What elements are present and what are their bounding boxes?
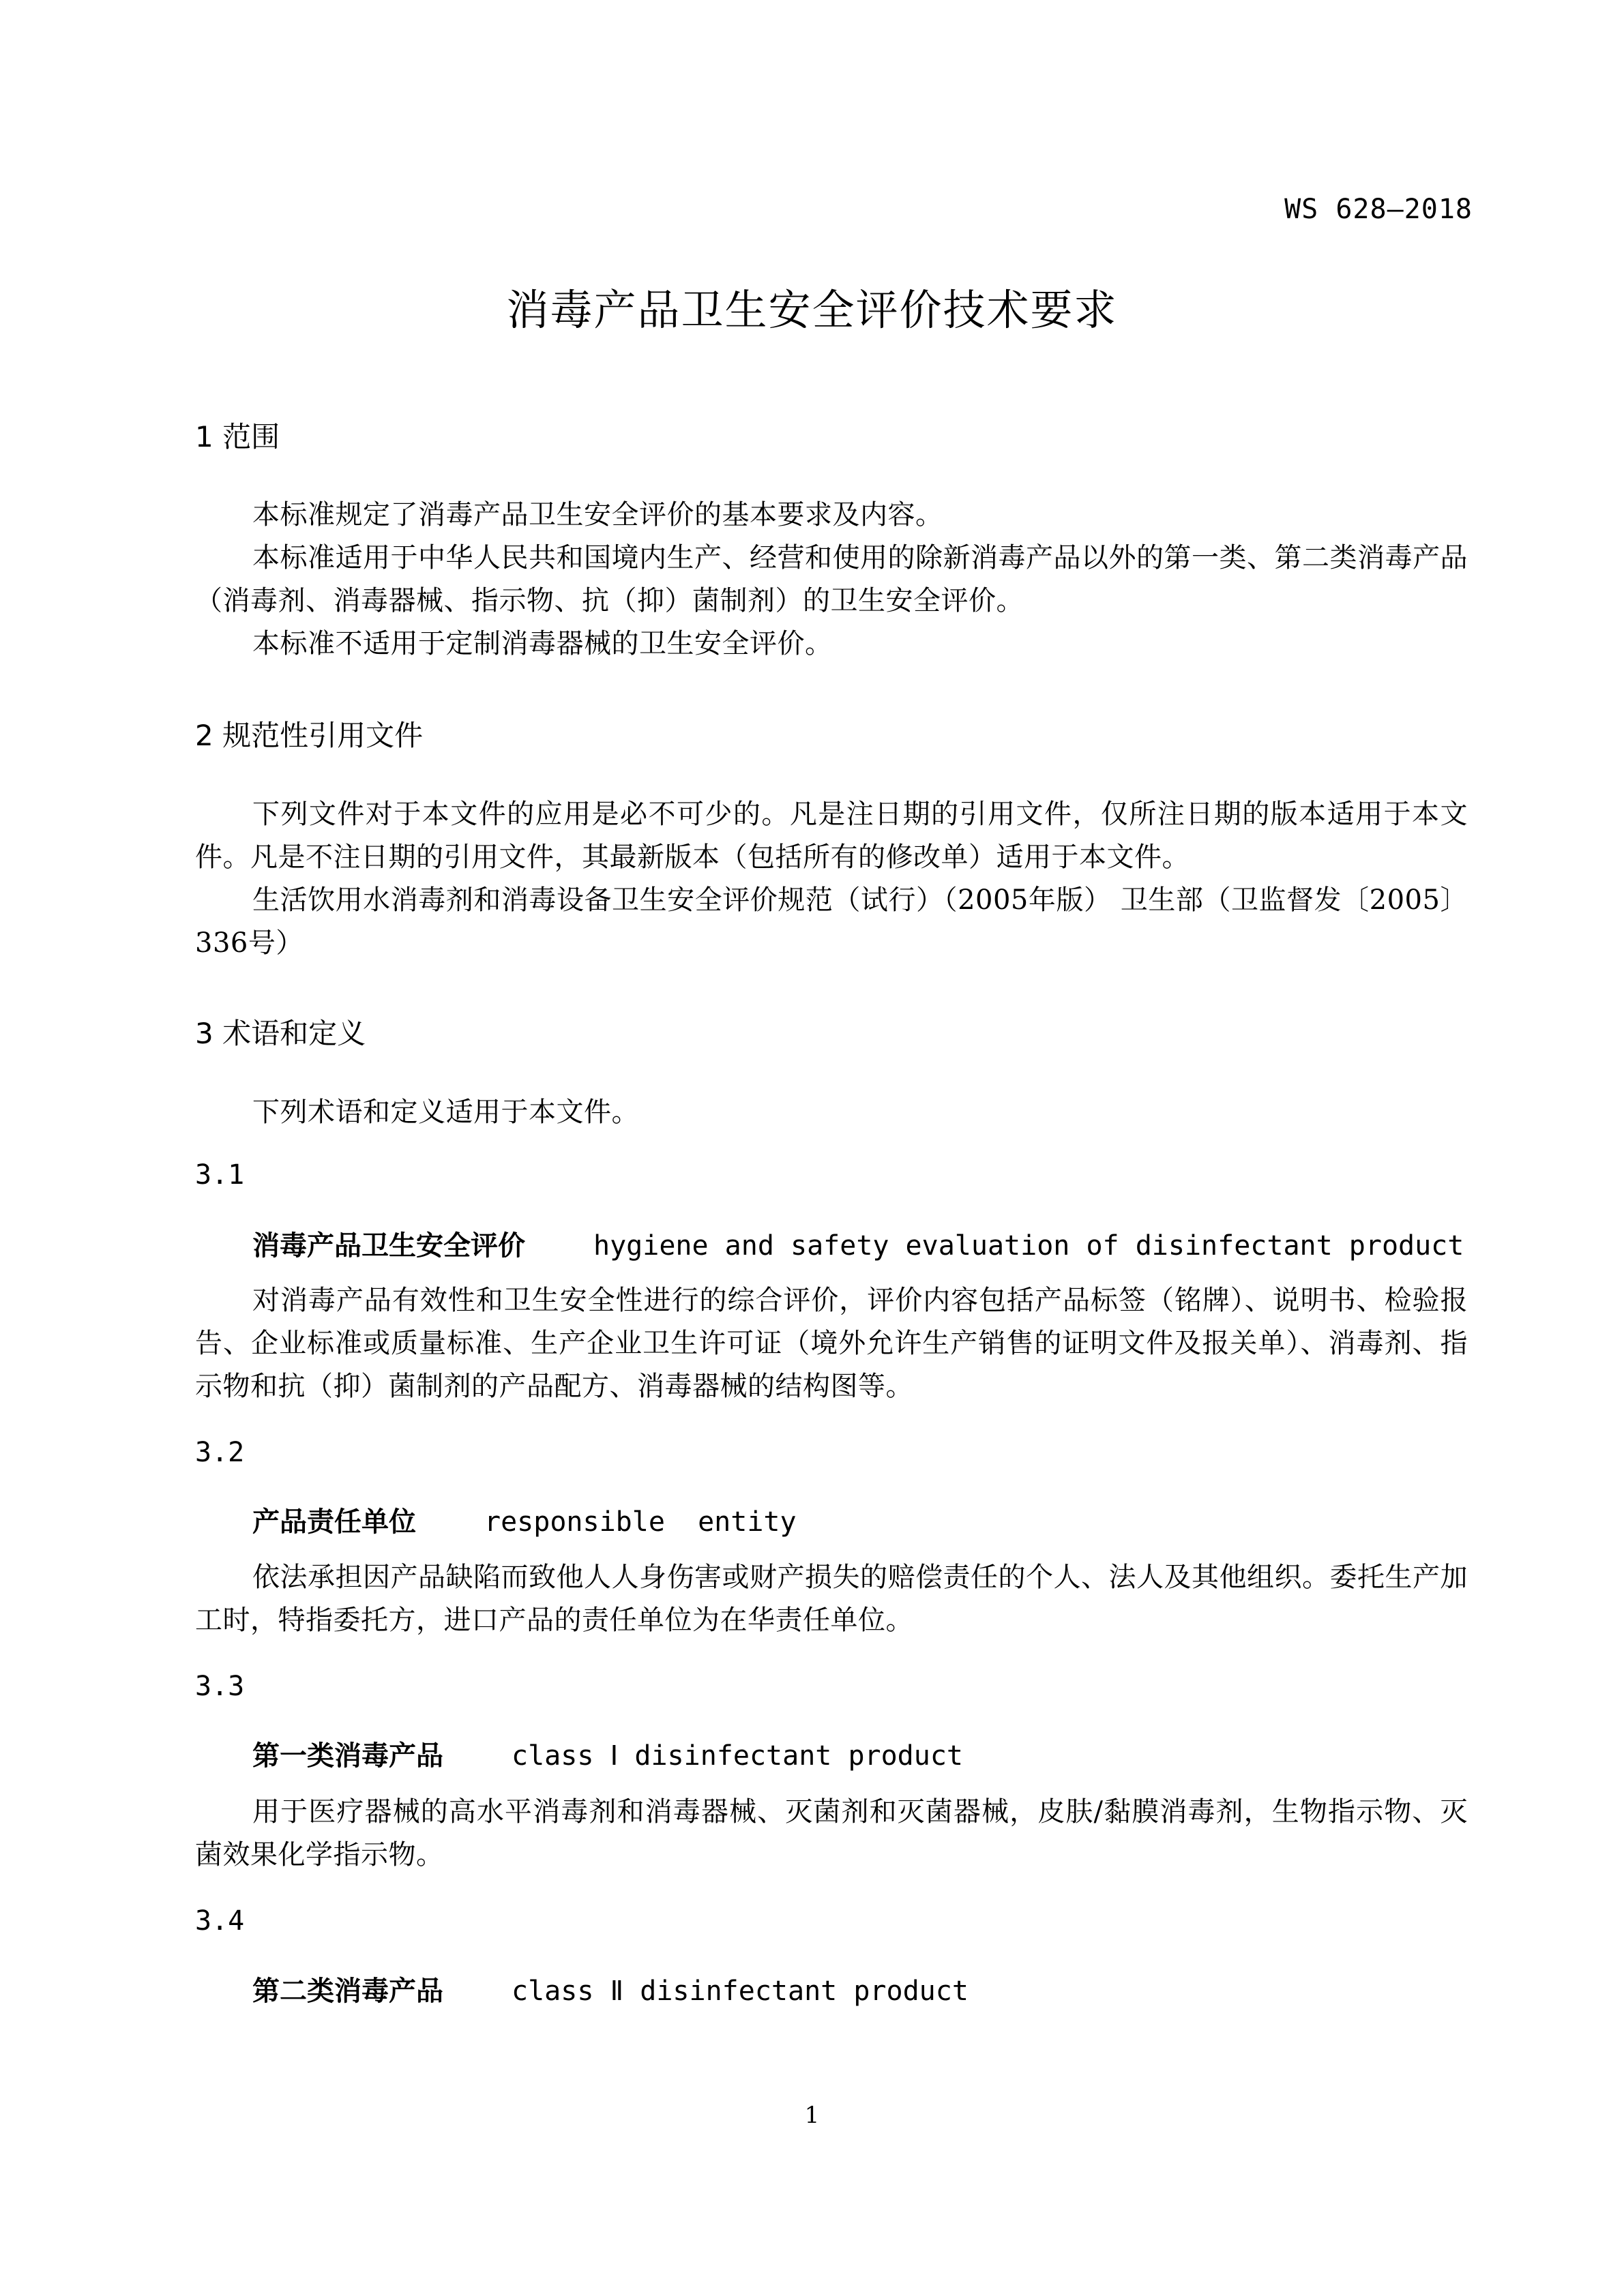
term-english: hygiene and safety evaluation of disinfe…	[593, 1230, 1464, 1262]
term-definition: 用于医疗器械的高水平消毒剂和消毒器械、灭菌剂和灭菌器械，皮肤/黏膜消毒剂，生物指…	[195, 1791, 1468, 1877]
standard-code: WS 628—2018	[1284, 194, 1473, 225]
section-heading-scope: 1 范围	[195, 415, 280, 456]
term-entry: 第一类消毒产品class Ⅰ disinfectant product	[252, 1734, 963, 1773]
term-english: class Ⅰ disinfectant product	[512, 1740, 963, 1772]
term-chinese: 第二类消毒产品	[252, 1976, 443, 2007]
clause-number: 3.4	[195, 1905, 244, 1937]
term-english: responsible entity	[484, 1506, 797, 1538]
page-number: 1	[0, 2102, 1624, 2129]
term-definition: 依法承担因产品缺陷而致他人人身伤害或财产损失的赔偿责任的个人、法人及其他组织。委…	[195, 1556, 1468, 1642]
term-entry: 消毒产品卫生安全评价hygiene and safety evaluation …	[252, 1224, 1464, 1263]
term-chinese: 第一类消毒产品	[252, 1740, 443, 1772]
section-heading-normative-references: 2 规范性引用文件	[195, 713, 423, 754]
clause-number: 3.2	[195, 1437, 244, 1468]
section-heading-terms-definitions: 3 术语和定义	[195, 1011, 366, 1052]
document-page: WS 628—2018 消毒产品卫生安全评价技术要求 1 范围 本标准规定了消毒…	[0, 0, 1624, 2296]
paragraph: 本标准适用于中华人民共和国境内生产、经营和使用的除新消毒产品以外的第一类、第二类…	[195, 537, 1468, 623]
term-english: class Ⅱ disinfectant product	[512, 1976, 969, 2007]
document-title: 消毒产品卫生安全评价技术要求	[0, 276, 1624, 337]
reference-entry: 生活饮用水消毒剂和消毒设备卫生安全评价规范（试行）（2005年版） 卫生部（卫监…	[195, 879, 1468, 965]
term-definition: 对消毒产品有效性和卫生安全性进行的综合评价，评价内容包括产品标签（铭牌）、说明书…	[195, 1279, 1468, 1408]
term-chinese: 产品责任单位	[252, 1506, 416, 1538]
term-entry: 产品责任单位responsible entity	[252, 1500, 797, 1539]
term-chinese: 消毒产品卫生安全评价	[252, 1230, 525, 1262]
paragraph: 本标准不适用于定制消毒器械的卫生安全评价。	[195, 623, 1468, 666]
clause-number: 3.1	[195, 1159, 244, 1191]
clause-number: 3.3	[195, 1671, 244, 1702]
paragraph: 下列术语和定义适用于本文件。	[195, 1091, 1468, 1134]
term-entry: 第二类消毒产品class Ⅱ disinfectant product	[252, 1969, 969, 2008]
paragraph: 下列文件对于本文件的应用是必不可少的。凡是注日期的引用文件，仅所注日期的版本适用…	[195, 793, 1468, 879]
paragraph: 本标准规定了消毒产品卫生安全评价的基本要求及内容。	[195, 494, 1468, 537]
